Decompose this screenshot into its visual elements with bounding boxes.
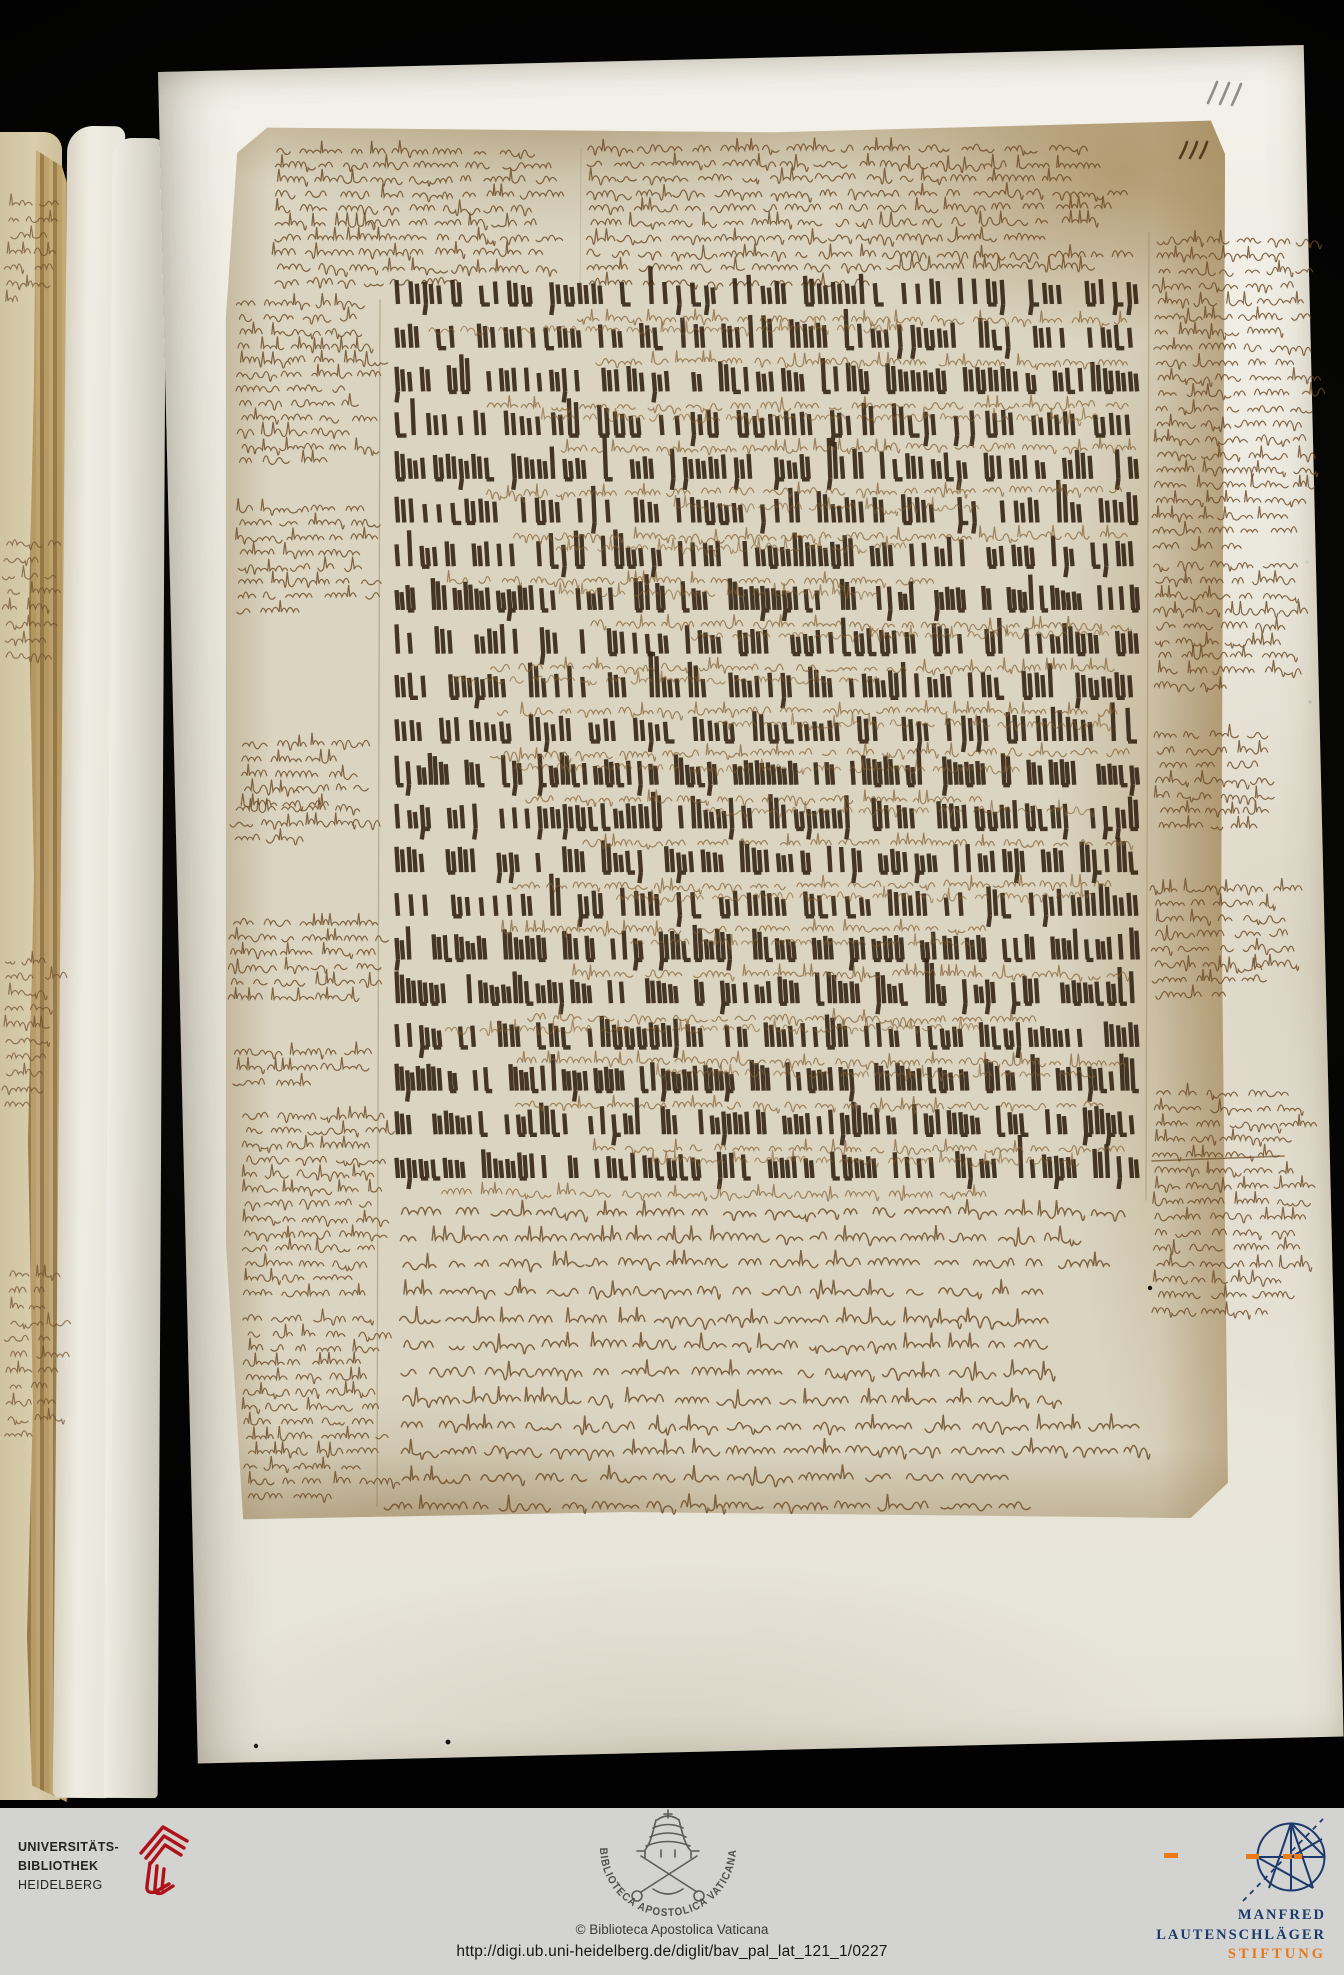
stiftung-line2: LAUTENSCHLÄGER xyxy=(1156,1926,1326,1946)
stiftung-line1: MANFRED xyxy=(1156,1906,1326,1926)
vatican-copyright: © Biblioteca Apostolica Vaticana xyxy=(0,1922,1344,1937)
photo-black-background xyxy=(0,0,1344,1808)
stiftung-line3: STIFTUNG xyxy=(1156,1945,1326,1965)
manuscript-scan-page: BIBLIOTECA APOSTOLICA VATICANA xyxy=(0,0,1344,1975)
ub-heidelberg-wordmark: UNIVERSITÄTS- BIBLIOTHEK HEIDELBERG xyxy=(18,1838,119,1895)
stiftung-wordmark: MANFRED LAUTENSCHLÄGER STIFTUNG xyxy=(1156,1906,1326,1965)
ub-line3: HEIDELBERG xyxy=(18,1876,119,1895)
digitization-url[interactable]: http://digi.ub.uni-heidelberg.de/diglit/… xyxy=(0,1943,1344,1961)
parchment-leaf xyxy=(219,118,1231,1522)
digitization-url-link[interactable]: http://digi.ub.uni-heidelberg.de/diglit/… xyxy=(456,1943,887,1960)
left-page-edge-inner xyxy=(104,138,167,1798)
ub-line2: BIBLIOTHEK xyxy=(18,1857,119,1876)
ub-line1: UNIVERSITÄTS- xyxy=(18,1838,119,1857)
